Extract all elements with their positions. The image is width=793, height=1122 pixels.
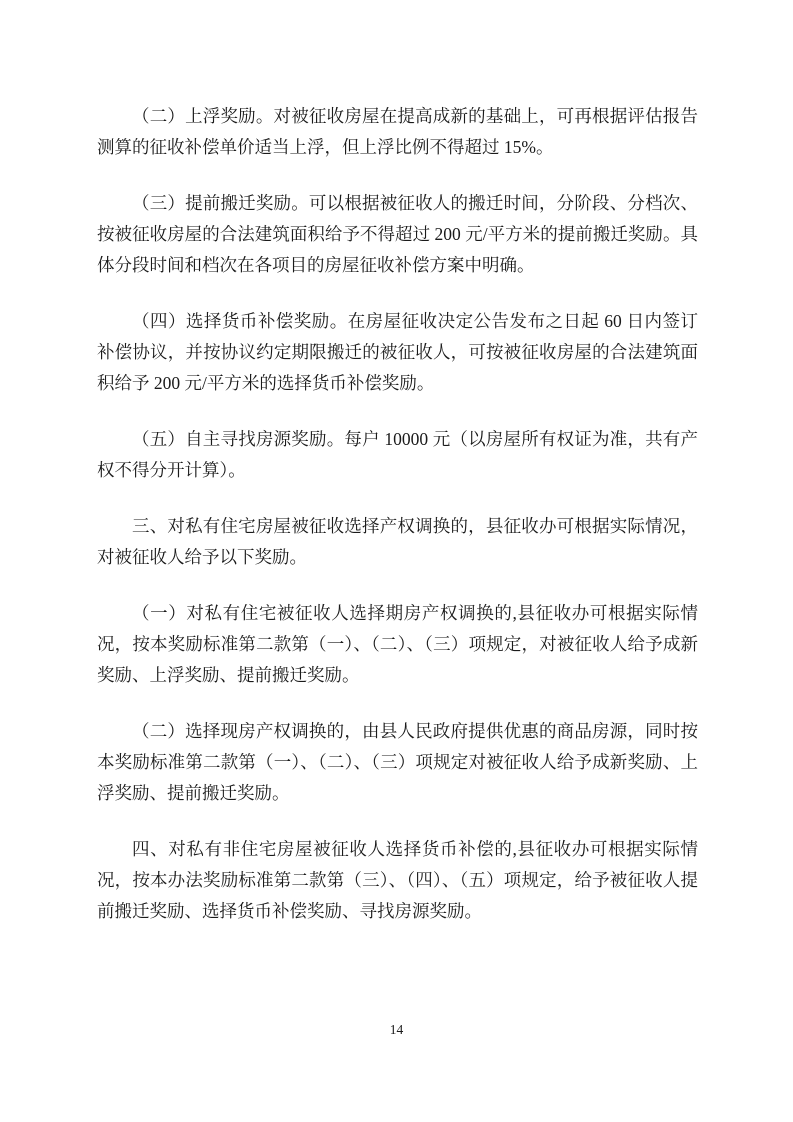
document-page: （二）上浮奖励。对被征收房屋在提高成新的基础上，可再根据评估报告测算的征收补偿单…	[0, 0, 793, 1122]
paragraph: （二）选择现房产权调换的，由县人民政府提供优惠的商品房源，同时按本奖励标准第二款…	[97, 716, 698, 809]
document-body: （二）上浮奖励。对被征收房屋在提高成新的基础上，可再根据评估报告测算的征收补偿单…	[97, 101, 698, 952]
paragraph: （四）选择货币补偿奖励。在房屋征收决定公告发布之日起 60 日内签订补偿协议，并…	[97, 306, 698, 399]
page-number: 14	[0, 1022, 793, 1038]
paragraph: （三）提前搬迁奖励。可以根据被征收人的搬迁时间，分阶段、分档次、按被征收房屋的合…	[97, 188, 698, 281]
paragraph: 四、对私有非住宅房屋被征收人选择货币补偿的,县征收办可根据实际情况，按本办法奖励…	[97, 834, 698, 927]
paragraph: （五）自主寻找房源奖励。每户 10000 元（以房屋所有权证为准，共有产权不得分…	[97, 424, 698, 486]
paragraph: （一）对私有住宅被征收人选择期房产权调换的,县征收办可根据实际情况，按本奖励标准…	[97, 598, 698, 691]
paragraph: （二）上浮奖励。对被征收房屋在提高成新的基础上，可再根据评估报告测算的征收补偿单…	[97, 101, 698, 163]
paragraph: 三、对私有住宅房屋被征收选择产权调换的，县征收办可根据实际情况，对被征收人给予以…	[97, 511, 698, 573]
